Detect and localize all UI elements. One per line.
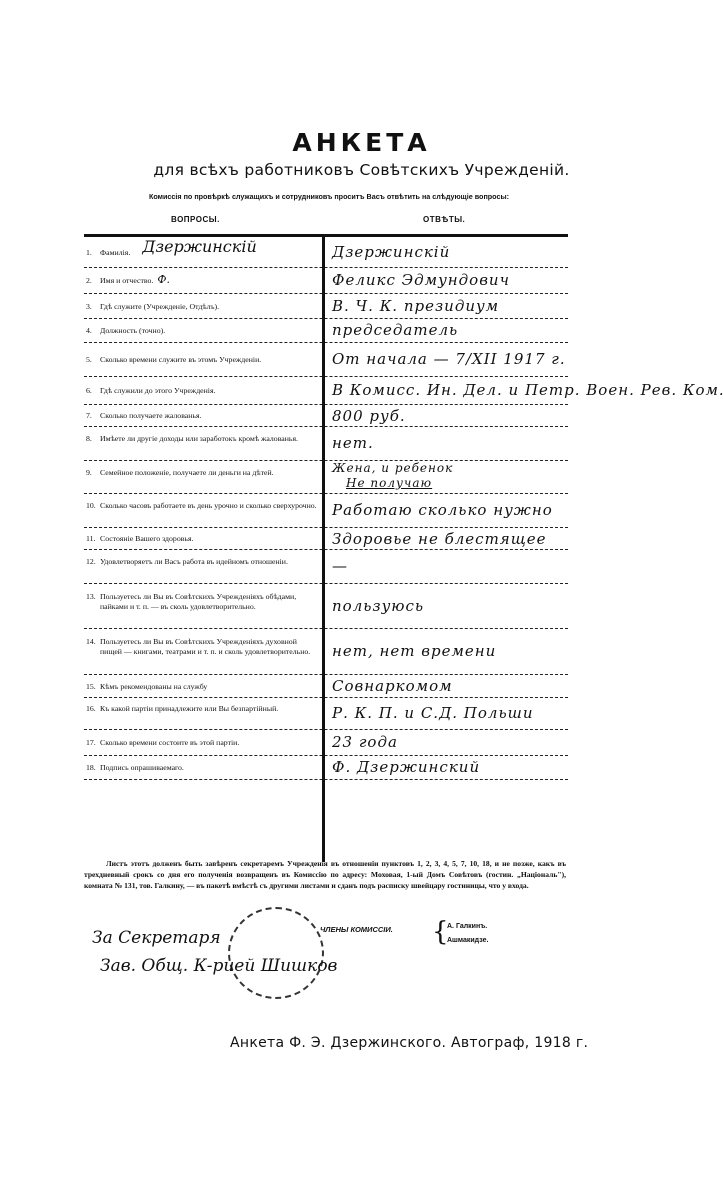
question-cell: 15.Кѣмъ рекомендованы на службу <box>86 682 318 692</box>
question-number: 17. <box>86 738 100 748</box>
question-cell: 16.Къ какой партіи принадлежите или Вы б… <box>86 704 318 714</box>
question-number: 13. <box>86 592 100 612</box>
question-cell: 4.Должность (точно). <box>86 326 318 336</box>
commission-label: ЧЛЕНЫ КОМИССІИ. <box>320 925 393 934</box>
question-cell: 12.Удовлетворяетъ ли Васъ работа въ идей… <box>86 557 318 567</box>
question-text: Имѣете ли другіе доходы или заработокъ к… <box>100 434 298 444</box>
question-cell: 18.Подпись опрашиваемаго. <box>86 763 318 773</box>
question-text: Пользуетесь ли Вы въ Совѣтскихъ Учрежден… <box>100 592 318 612</box>
question-cell: 11.Состояніе Вашего здоровья. <box>86 534 318 544</box>
answer-cell: Ф. Дзержинский <box>332 758 480 776</box>
answer-cell: В Комисс. Ин. Дел. и Петр. Воен. Рев. Ко… <box>332 381 723 399</box>
question-text: Сколько получаете жалованья. <box>100 411 202 421</box>
question-number: 12. <box>86 557 100 567</box>
question-cell: 17.Сколько времени состоите въ этой парт… <box>86 738 318 748</box>
table-row: 5.Сколько времени служите въ этомъ Учреж… <box>84 343 568 377</box>
question-text: Имя и отчество. <box>100 276 153 286</box>
image-caption: Анкета Ф. Э. Дзержинского. Автограф, 191… <box>230 1035 588 1051</box>
answer-cell: нет. <box>332 434 374 452</box>
table-row: 14.Пользуетесь ли Вы въ Совѣтскихъ Учреж… <box>84 629 568 675</box>
answer-cell: председатель <box>332 321 458 339</box>
question-text: Подпись опрашиваемаго. <box>100 763 184 773</box>
question-text: Семейное положеніе, получаете ли деньги … <box>100 468 274 478</box>
question-number: 15. <box>86 682 100 692</box>
question-number: 11. <box>86 534 100 544</box>
table-row: 7.Сколько получаете жалованья.800 руб. <box>84 405 568 427</box>
table-row: 2.Имя и отчество. Ф.Феликс Эдмундович <box>84 268 568 294</box>
commission-member: Ашмакидзе. <box>447 934 488 948</box>
table-row: 11.Состояніе Вашего здоровья.Здоровье не… <box>84 528 568 550</box>
answer-cell: Дзержинскiй <box>332 243 450 261</box>
question-number: 18. <box>86 763 100 773</box>
column-header-questions: ВОПРОСЫ. <box>171 215 220 224</box>
table-row: 1.Фамилія. ДзержинскiйДзержинскiй <box>84 237 568 268</box>
question-text: Гдѣ служили до этого Учрежденія. <box>100 386 216 396</box>
question-cell: 5.Сколько времени служите въ этомъ Учреж… <box>86 355 318 365</box>
table-row: 18.Подпись опрашиваемаго.Ф. Дзержинский <box>84 756 568 780</box>
answer-cell: нет, нет времени <box>332 642 496 660</box>
question-number: 5. <box>86 355 100 365</box>
question-cell: 13.Пользуетесь ли Вы въ Совѣтскихъ Учреж… <box>86 592 318 612</box>
answer-cell: 800 руб. <box>332 407 406 425</box>
question-text: Фамилія. <box>100 248 130 258</box>
answer-cell: Феликс Эдмундович <box>332 271 510 289</box>
form-title: АНКЕТА <box>0 128 723 157</box>
question-text: Должность (точно). <box>100 326 165 336</box>
answer-cell: Совнаркомом <box>332 677 453 695</box>
table-row: 10.Сколько часовъ работаете въ день уроч… <box>84 494 568 528</box>
inline-handwriting: Ф. <box>157 275 170 286</box>
answer-cell: — <box>332 557 348 575</box>
table-row: 16.Къ какой партіи принадлежите или Вы б… <box>84 698 568 730</box>
question-cell: 9.Семейное положеніе, получаете ли деньг… <box>86 468 318 478</box>
table-row: 4.Должность (точно).председатель <box>84 319 568 343</box>
column-header-answers: ОТВѢТЫ. <box>423 215 465 224</box>
question-cell: 1.Фамилія. Дзержинскiй <box>86 248 318 258</box>
secretary-signature-line1: За Секретаря <box>92 928 221 948</box>
question-cell: 2.Имя и отчество. Ф. <box>86 276 318 286</box>
answer-cell: пользуюсь <box>332 597 424 615</box>
question-text: Гдѣ служите (Учрежденіе, Отдѣлъ). <box>100 302 219 312</box>
answer-cell: Здоровье не блестящее <box>332 530 547 548</box>
question-number: 14. <box>86 637 100 657</box>
table-row: 6.Гдѣ служили до этого Учрежденія.В Коми… <box>84 377 568 405</box>
answer-cell: Работаю сколько нужно <box>332 501 553 519</box>
form-subtitle: для всѣхъ работниковъ Совѣтскихъ Учрежде… <box>0 161 723 179</box>
question-number: 1. <box>86 248 100 258</box>
table-row: 13.Пользуетесь ли Вы въ Совѣтскихъ Учреж… <box>84 584 568 629</box>
answer-cell: Р. К. П. и С.Д. Польши <box>332 704 534 722</box>
question-cell: 14.Пользуетесь ли Вы въ Совѣтскихъ Учреж… <box>86 637 318 657</box>
table-row: 3.Гдѣ служите (Учрежденіе, Отдѣлъ).В. Ч.… <box>84 294 568 319</box>
question-text: Состояніе Вашего здоровья. <box>100 534 194 544</box>
question-number: 2. <box>86 276 100 286</box>
question-number: 8. <box>86 434 100 444</box>
question-text: Кѣмъ рекомендованы на службу <box>100 682 207 692</box>
question-cell: 10.Сколько часовъ работаете въ день уроч… <box>86 501 318 511</box>
question-cell: 7.Сколько получаете жалованья. <box>86 411 318 421</box>
answer-cell: От начала — 7/XII 1917 г. <box>332 350 566 368</box>
table-row: 17.Сколько времени состоите въ этой парт… <box>84 730 568 756</box>
question-text: Сколько времени служите въ этомъ Учрежде… <box>100 355 261 365</box>
form-instruction: Комиссія по провѣркѣ служащихъ и сотрудн… <box>84 192 574 201</box>
table-row: 8.Имѣете ли другіе доходы или заработокъ… <box>84 427 568 461</box>
commission-member: А. Галкинъ. <box>447 920 488 934</box>
question-text: Пользуетесь ли Вы въ Совѣтскихъ Учрежден… <box>100 637 318 657</box>
question-number: 6. <box>86 386 100 396</box>
footnote: Листъ этотъ долженъ быть завѣренъ секрет… <box>84 858 566 891</box>
column-divider <box>322 234 325 862</box>
question-number: 16. <box>86 704 100 714</box>
question-text: Сколько времени состоите въ этой партіи. <box>100 738 239 748</box>
commission-members: А. Галкинъ. Ашмакидзе. <box>447 920 488 948</box>
question-cell: 3.Гдѣ служите (Учрежденіе, Отдѣлъ). <box>86 302 318 312</box>
question-text: Къ какой партіи принадлежите или Вы безп… <box>100 704 278 714</box>
table-row: 15.Кѣмъ рекомендованы на службуСовнарком… <box>84 675 568 698</box>
secretary-signature-line2: Зав. Общ. К-рией Шишков <box>100 956 337 976</box>
question-number: 7. <box>86 411 100 421</box>
inline-handwriting: Дзержинскiй <box>142 242 256 258</box>
answer-cell-line2: Не получаю <box>346 476 432 490</box>
questionnaire-table: 1.Фамилія. ДзержинскiйДзержинскiй2.Имя и… <box>84 234 568 780</box>
question-number: 10. <box>86 501 100 511</box>
answer-cell: 23 года <box>332 733 398 751</box>
question-text: Сколько часовъ работаете въ день урочно … <box>100 501 317 511</box>
answer-cell: Жена, и ребенок <box>332 461 453 475</box>
question-text: Удовлетворяетъ ли Васъ работа въ идейном… <box>100 557 288 567</box>
question-cell: 8.Имѣете ли другіе доходы или заработокъ… <box>86 434 318 444</box>
question-number: 4. <box>86 326 100 336</box>
question-number: 9. <box>86 468 100 478</box>
question-number: 3. <box>86 302 100 312</box>
table-row: 9.Семейное положеніе, получаете ли деньг… <box>84 461 568 494</box>
question-cell: 6.Гдѣ служили до этого Учрежденія. <box>86 386 318 396</box>
stamp-seal-icon <box>228 907 324 999</box>
table-row: 12.Удовлетворяетъ ли Васъ работа въ идей… <box>84 550 568 584</box>
answer-cell: В. Ч. К. президиум <box>332 297 499 315</box>
